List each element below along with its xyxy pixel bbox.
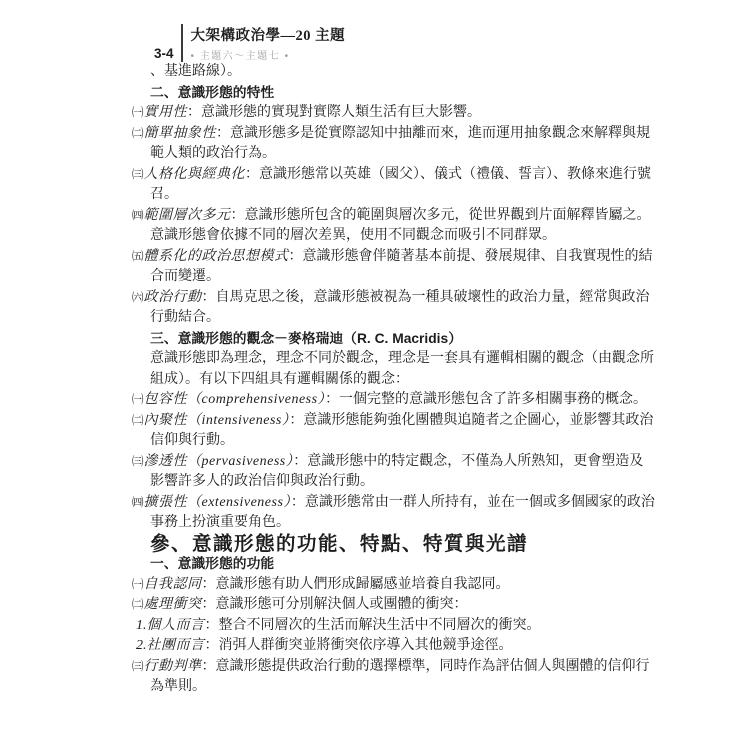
continuation-line: 、基進路線）。 <box>150 62 655 83</box>
item-label: 處理衝突 <box>144 597 202 612</box>
item-text: ：意識形態有助人們形成歸屬感並培養自我認同。 <box>202 577 510 592</box>
list-item: ㈢滲透性（pervasiveness）：意識形態中的特定觀念，不僅為人所熟知，更… <box>150 452 655 493</box>
item-marker: ㈤ <box>132 251 144 263</box>
item-label: 自我認同 <box>144 577 202 592</box>
section-heading-2: 二、意識形態的特性 <box>150 83 655 104</box>
item-label: 內聚性（intensiveness） <box>144 413 290 428</box>
section-heading-1: 一、意識形態的功能 <box>150 554 655 575</box>
item-label: 實用性 <box>144 105 188 120</box>
item-marker: ㈠ <box>132 394 144 406</box>
item-label: 包容性（comprehensiveness） <box>144 392 326 407</box>
header-divider <box>181 24 183 62</box>
list-item: ㈢人格化與經典化：意識形態常以英雄（國父）、儀式（禮儀、誓言）、教條來進行號召。 <box>150 165 655 206</box>
item-label: 滲透性（pervasiveness） <box>144 454 294 469</box>
item-label: 人格化與經典化 <box>144 167 246 182</box>
item-marker: ㈢ <box>132 661 144 673</box>
list-item: ㈤體系化的政治思想模式：意識形態會伴隨著基本前提、發展規律、自我實現性的結合而變… <box>150 247 655 288</box>
page-number: 3-4 <box>154 46 181 62</box>
list-item: ㈠包容性（comprehensiveness）：一個完整的意識形態包含了許多相關… <box>150 390 655 411</box>
sub-list-item: 2.社團而言：消弭人群衝突並將衝突依序導入其他競爭途徑。 <box>150 636 655 657</box>
list-item: ㈢行動判準：意識形態提供政治行動的選擇標準，同時作為評估個人與團體的信仰行為準則… <box>150 657 655 698</box>
list-item: ㈡內聚性（intensiveness）：意識形態能夠強化團體與追隨者之企圖心，並… <box>150 411 655 452</box>
item-label: 政治行動 <box>144 290 202 305</box>
item-text: ：意識形態多是從實際認知中抽離而來，進而運用抽象觀念來解釋與規範人類的政治行為。 <box>150 126 650 162</box>
page-body: 、基進路線）。 二、意識形態的特性 ㈠實用性：意識形態的實現對實際人類生活有巨大… <box>150 62 655 698</box>
header-subtitle: • 主題六～主題七 • <box>191 47 346 62</box>
section-heading-3: 三、意識形態的觀念－麥格瑞迪（R. C. Macridis） <box>150 329 655 350</box>
item-marker: ㈠ <box>132 107 144 119</box>
item-text: ：意識形態提供政治行動的選擇標準，同時作為評估個人與團體的信仰行為準則。 <box>150 659 650 695</box>
item-marker: ㈡ <box>132 415 144 427</box>
sub-list-item: 1.個人而言：整合不同層次的生活而解決生活中不同層次的衝突。 <box>150 616 655 637</box>
item-marker: ㈢ <box>132 169 144 181</box>
item-label: 體系化的政治思想模式 <box>144 249 289 264</box>
item-text: ：意識形態的實現對實際人類生活有巨大影響。 <box>187 105 481 120</box>
list-item: ㈣範圍層次多元：意識形態所包含的範圍與層次多元，從世界觀到片面解釋皆屬之。意識形… <box>150 206 655 247</box>
list-item: ㈠自我認同：意識形態有助人們形成歸屬感並培養自我認同。 <box>150 575 655 596</box>
book-page: 3-4 大架構政治學—20 主題 • 主題六～主題七 • 、基進路線）。 二、意… <box>0 0 750 750</box>
list-item: ㈣擴張性（extensiveness）：意識形態常由一群人所持有，並在一個或多個… <box>150 493 655 534</box>
item-marker: ㈣ <box>132 210 144 222</box>
subitem-text: ：消弭人群衝突並將衝突依序導入其他競爭途徑。 <box>205 638 513 653</box>
subitem-number: 1. <box>136 618 147 633</box>
subitem-label: 社團而言 <box>147 638 205 653</box>
subitem-number: 2. <box>136 638 147 653</box>
header-title-block: 大架構政治學—20 主題 • 主題六～主題七 • <box>191 24 346 62</box>
list-item: ㈥政治行動：自馬克思之後，意識形態被視為一種具破壞性的政治力量，經常與政治行動結… <box>150 288 655 329</box>
item-label: 行動判準 <box>144 659 202 674</box>
subitem-label: 個人而言 <box>147 618 205 633</box>
part-heading: 參、意識形態的功能、特點、特質與光譜 <box>150 534 655 555</box>
list-item: ㈡簡單抽象性：意識形態多是從實際認知中抽離而來，進而運用抽象觀念來解釋與規範人類… <box>150 124 655 165</box>
item-marker: ㈥ <box>132 292 144 304</box>
item-label: 擴張性（extensiveness） <box>144 495 291 510</box>
item-marker: ㈢ <box>132 456 144 468</box>
item-marker: ㈡ <box>132 599 144 611</box>
subitem-text: ：整合不同層次的生活而解決生活中不同層次的衝突。 <box>205 618 541 633</box>
item-label: 範圍層次多元 <box>144 208 231 223</box>
section-intro: 意識形態即為理念，理念不同於觀念，理念是一套具有邏輯相關的觀念（由觀念所組成）。… <box>150 349 655 390</box>
item-marker: ㈠ <box>132 579 144 591</box>
list-item: ㈠實用性：意識形態的實現對實際人類生活有巨大影響。 <box>150 103 655 124</box>
item-text: ：意識形態可分別解決個人或團體的衝突： <box>202 597 468 612</box>
item-label: 簡單抽象性 <box>144 126 217 141</box>
item-marker: ㈣ <box>132 497 144 509</box>
item-marker: ㈡ <box>132 128 144 140</box>
book-title: 大架構政治學—20 主題 <box>191 24 346 45</box>
list-item: ㈡處理衝突：意識形態可分別解決個人或團體的衝突： <box>150 595 655 616</box>
item-text: ：自馬克思之後，意識形態被視為一種具破壞性的政治力量，經常與政治行動結合。 <box>150 290 650 326</box>
page-header: 3-4 大架構政治學—20 主題 • 主題六～主題七 • <box>154 24 345 62</box>
item-text: ：一個完整的意識形態包含了許多相關事務的概念。 <box>325 392 647 407</box>
